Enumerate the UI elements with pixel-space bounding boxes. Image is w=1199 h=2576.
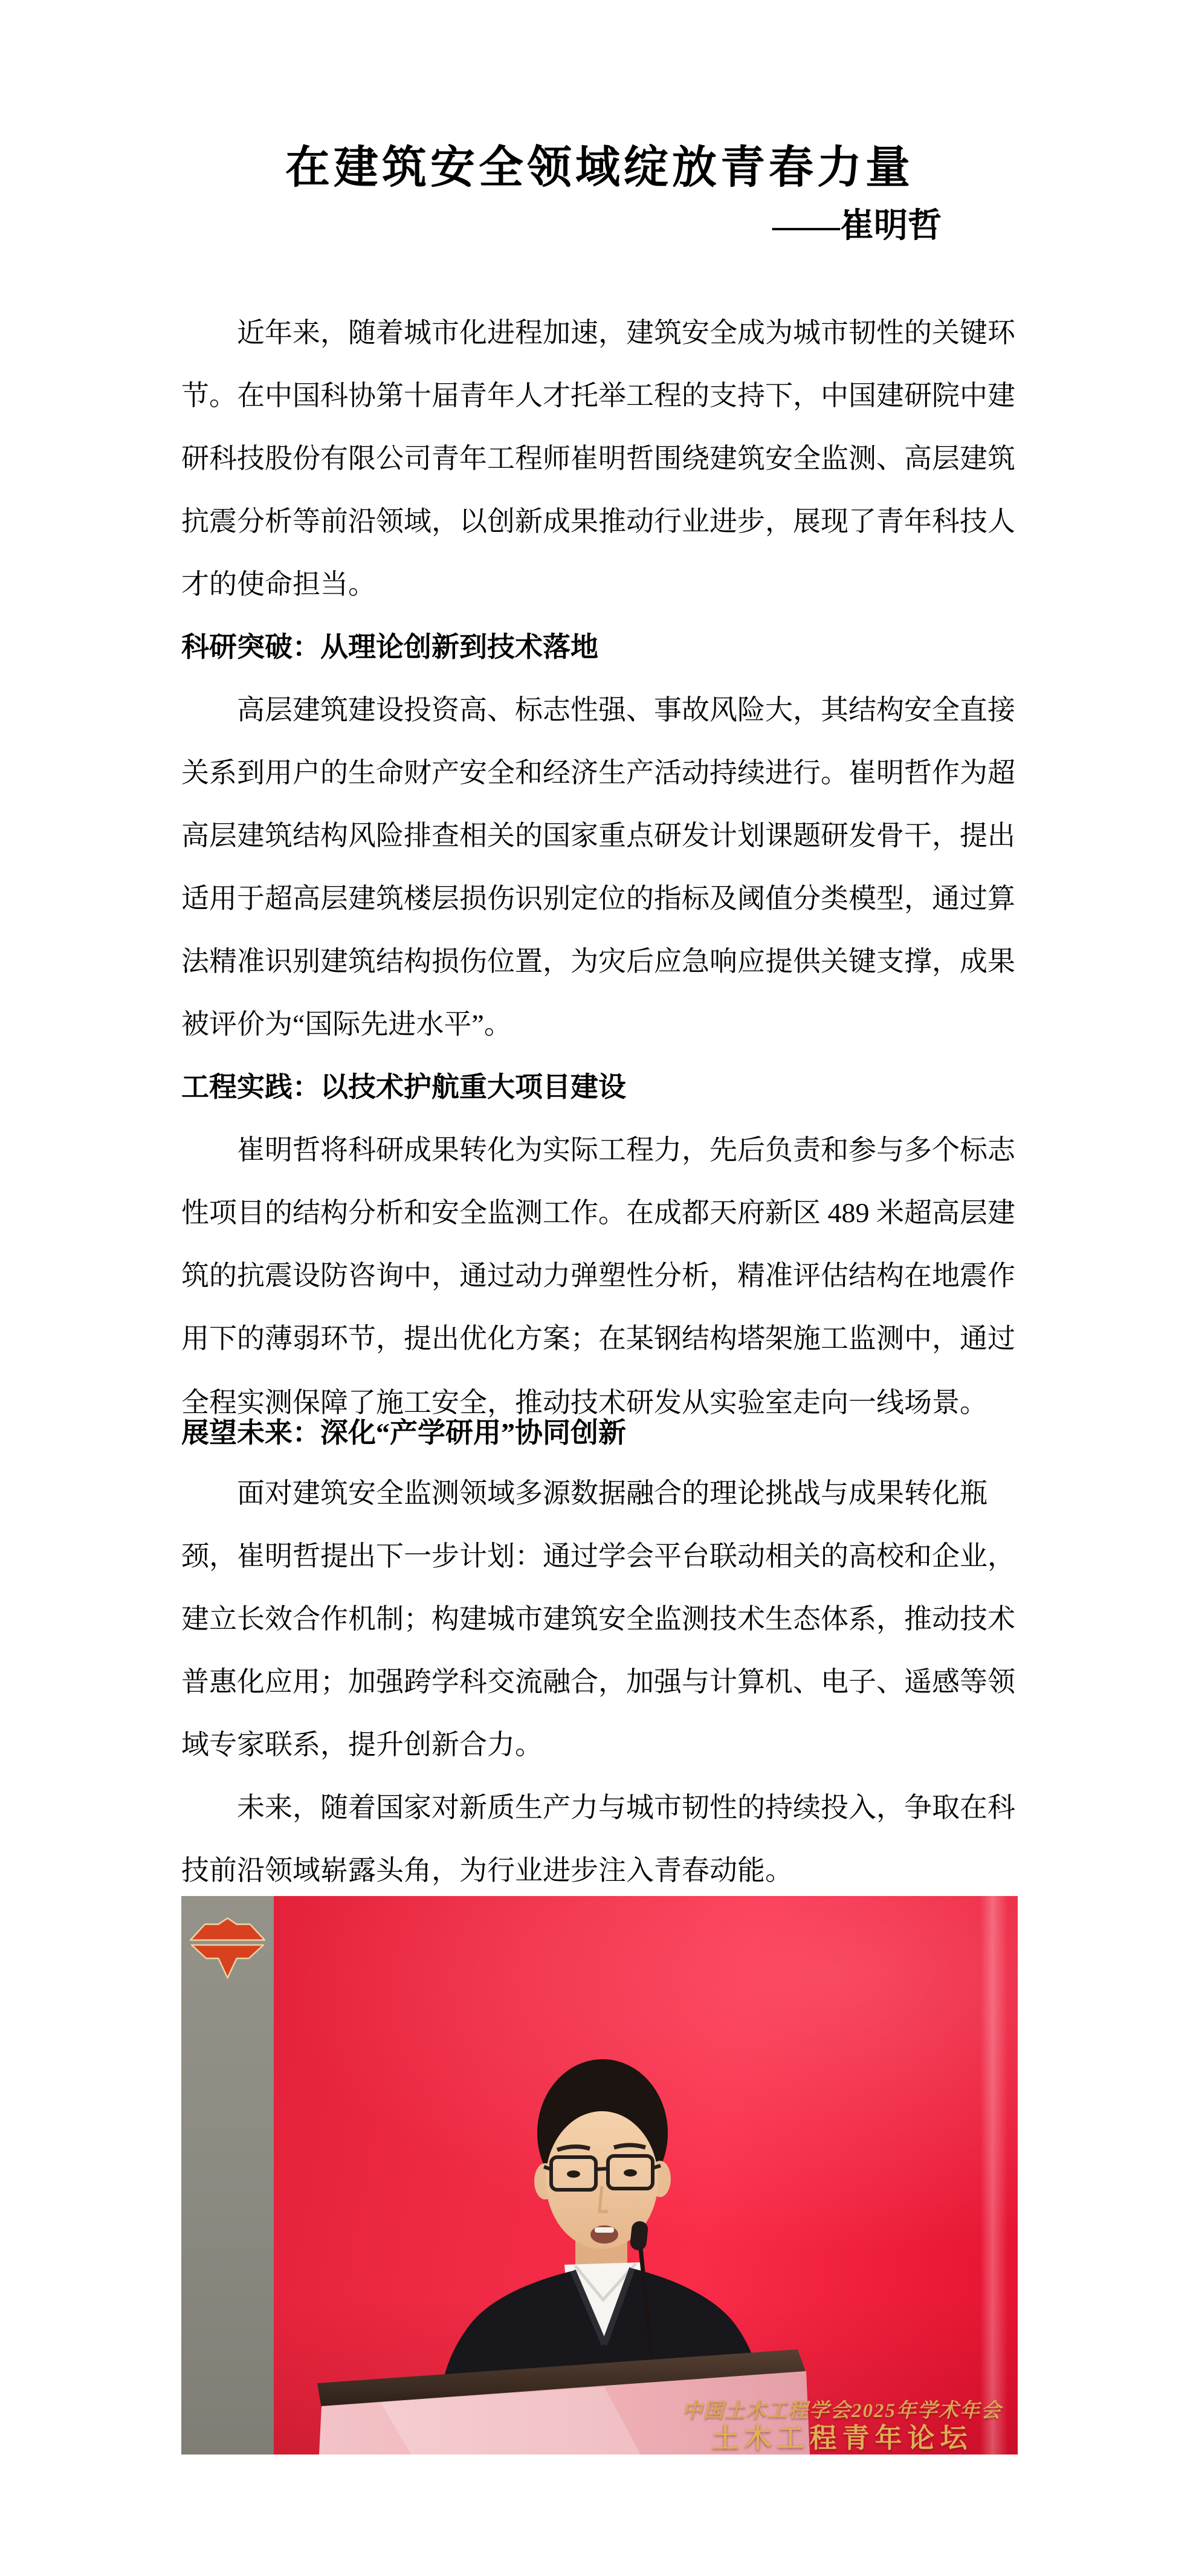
event-photo: 中国土木工程学会2025年学术年会 土木工程青年论坛	[181, 1896, 1018, 2455]
text-line: 性项目的结构分析和安全监测工作。在成都天府新区 489 米超高层建	[181, 1194, 1018, 1232]
right-eyebrow	[614, 2145, 645, 2147]
text-line: 近年来，随着城市化进程加速，建筑安全成为城市韧性的关键环	[181, 314, 1018, 352]
text-line: 适用于超高层建筑楼层损伤识别定位的指标及阈值分类模型，通过算	[181, 880, 1018, 917]
text-line: 用下的薄弱环节，提出优化方案；在某钢结构塔架施工监测中，通过	[181, 1320, 1018, 1358]
text-line: 未来，随着国家对新质生产力与城市韧性的持续投入，争取在科	[181, 1789, 1018, 1827]
text-line: 建立长效合作机制；构建城市建筑安全监测技术生态体系，推动技术	[181, 1600, 1018, 1638]
document-page: 在建筑安全领域绽放青春力量 ——崔明哲 近年来，随着城市化进程加速，建筑安全成为…	[0, 0, 1199, 2576]
teeth	[595, 2227, 614, 2233]
text-line: 抗震分析等前沿领域，以创新成果推动行业进步，展现了青年科技人	[181, 503, 1018, 540]
text-line: 关系到用户的生命财产安全和经济生产活动持续进行。崔明哲作为超	[181, 754, 1018, 792]
section-heading: 科研突破：从理论创新到技术落地	[181, 629, 1018, 666]
text-line: 法精准识别建筑结构损伤位置，为灾后应急响应提供关键支撑，成果	[181, 943, 1018, 980]
text-line: 高层建筑结构风险排查相关的国家重点研发计划课题研发骨干，提出	[181, 817, 1018, 855]
text-line: 研科技股份有限公司青年工程师崔明哲围绕建筑安全监测、高层建筑	[181, 440, 1018, 477]
section-heading: 展望未来：深化“产学研用”协同创新	[181, 1414, 1018, 1452]
text-line: 面对建筑安全监测领域多源数据融合的理论挑战与成果转化瓶	[181, 1475, 1018, 1512]
photo-caption-line2: 土木工程青年论坛	[682, 2423, 1002, 2453]
speaker-scene	[181, 1896, 1018, 2455]
photo-caption-line1: 中国土木工程学会2025年学术年会	[682, 2400, 1002, 2422]
text-line: 高层建筑建设投资高、标志性强、事故风险大，其结构安全直接	[181, 691, 1018, 729]
photo-caption: 中国土木工程学会2025年学术年会 土木工程青年论坛	[682, 2400, 1002, 2453]
text-line: 技前沿领域崭露头角，为行业进步注入青春动能。	[181, 1852, 1018, 1889]
text-line: 才的使命担当。	[181, 566, 1018, 603]
article-byline: ——崔明哲	[181, 204, 942, 248]
article-title: 在建筑安全领域绽放青春力量	[181, 137, 1018, 199]
left-eye	[567, 2170, 580, 2178]
text-line: 崔明哲将科研成果转化为实际工程力，先后负责和参与多个标志	[181, 1131, 1018, 1169]
text-line: 域专家联系，提升创新合力。	[181, 1726, 1018, 1764]
section-heading: 工程实践：以技术护航重大项目建设	[181, 1069, 1018, 1106]
right-eye	[624, 2169, 637, 2176]
text-line: 普惠化应用；加强跨学科交流融合，加强与计算机、电子、遥感等领	[181, 1663, 1018, 1701]
text-line: 颈，崔明哲提出下一步计划：通过学会平台联动相关的高校和企业，	[181, 1538, 1018, 1575]
text-line: 节。在中国科协第十届青年人才托举工程的支持下，中国建研院中建	[181, 377, 1018, 415]
text-line: 筑的抗震设防咨询中，通过动力弹塑性分析，精准评估结构在地震作	[181, 1257, 1018, 1295]
text-line: 被评价为“国际先进水平”。	[181, 1006, 1018, 1043]
